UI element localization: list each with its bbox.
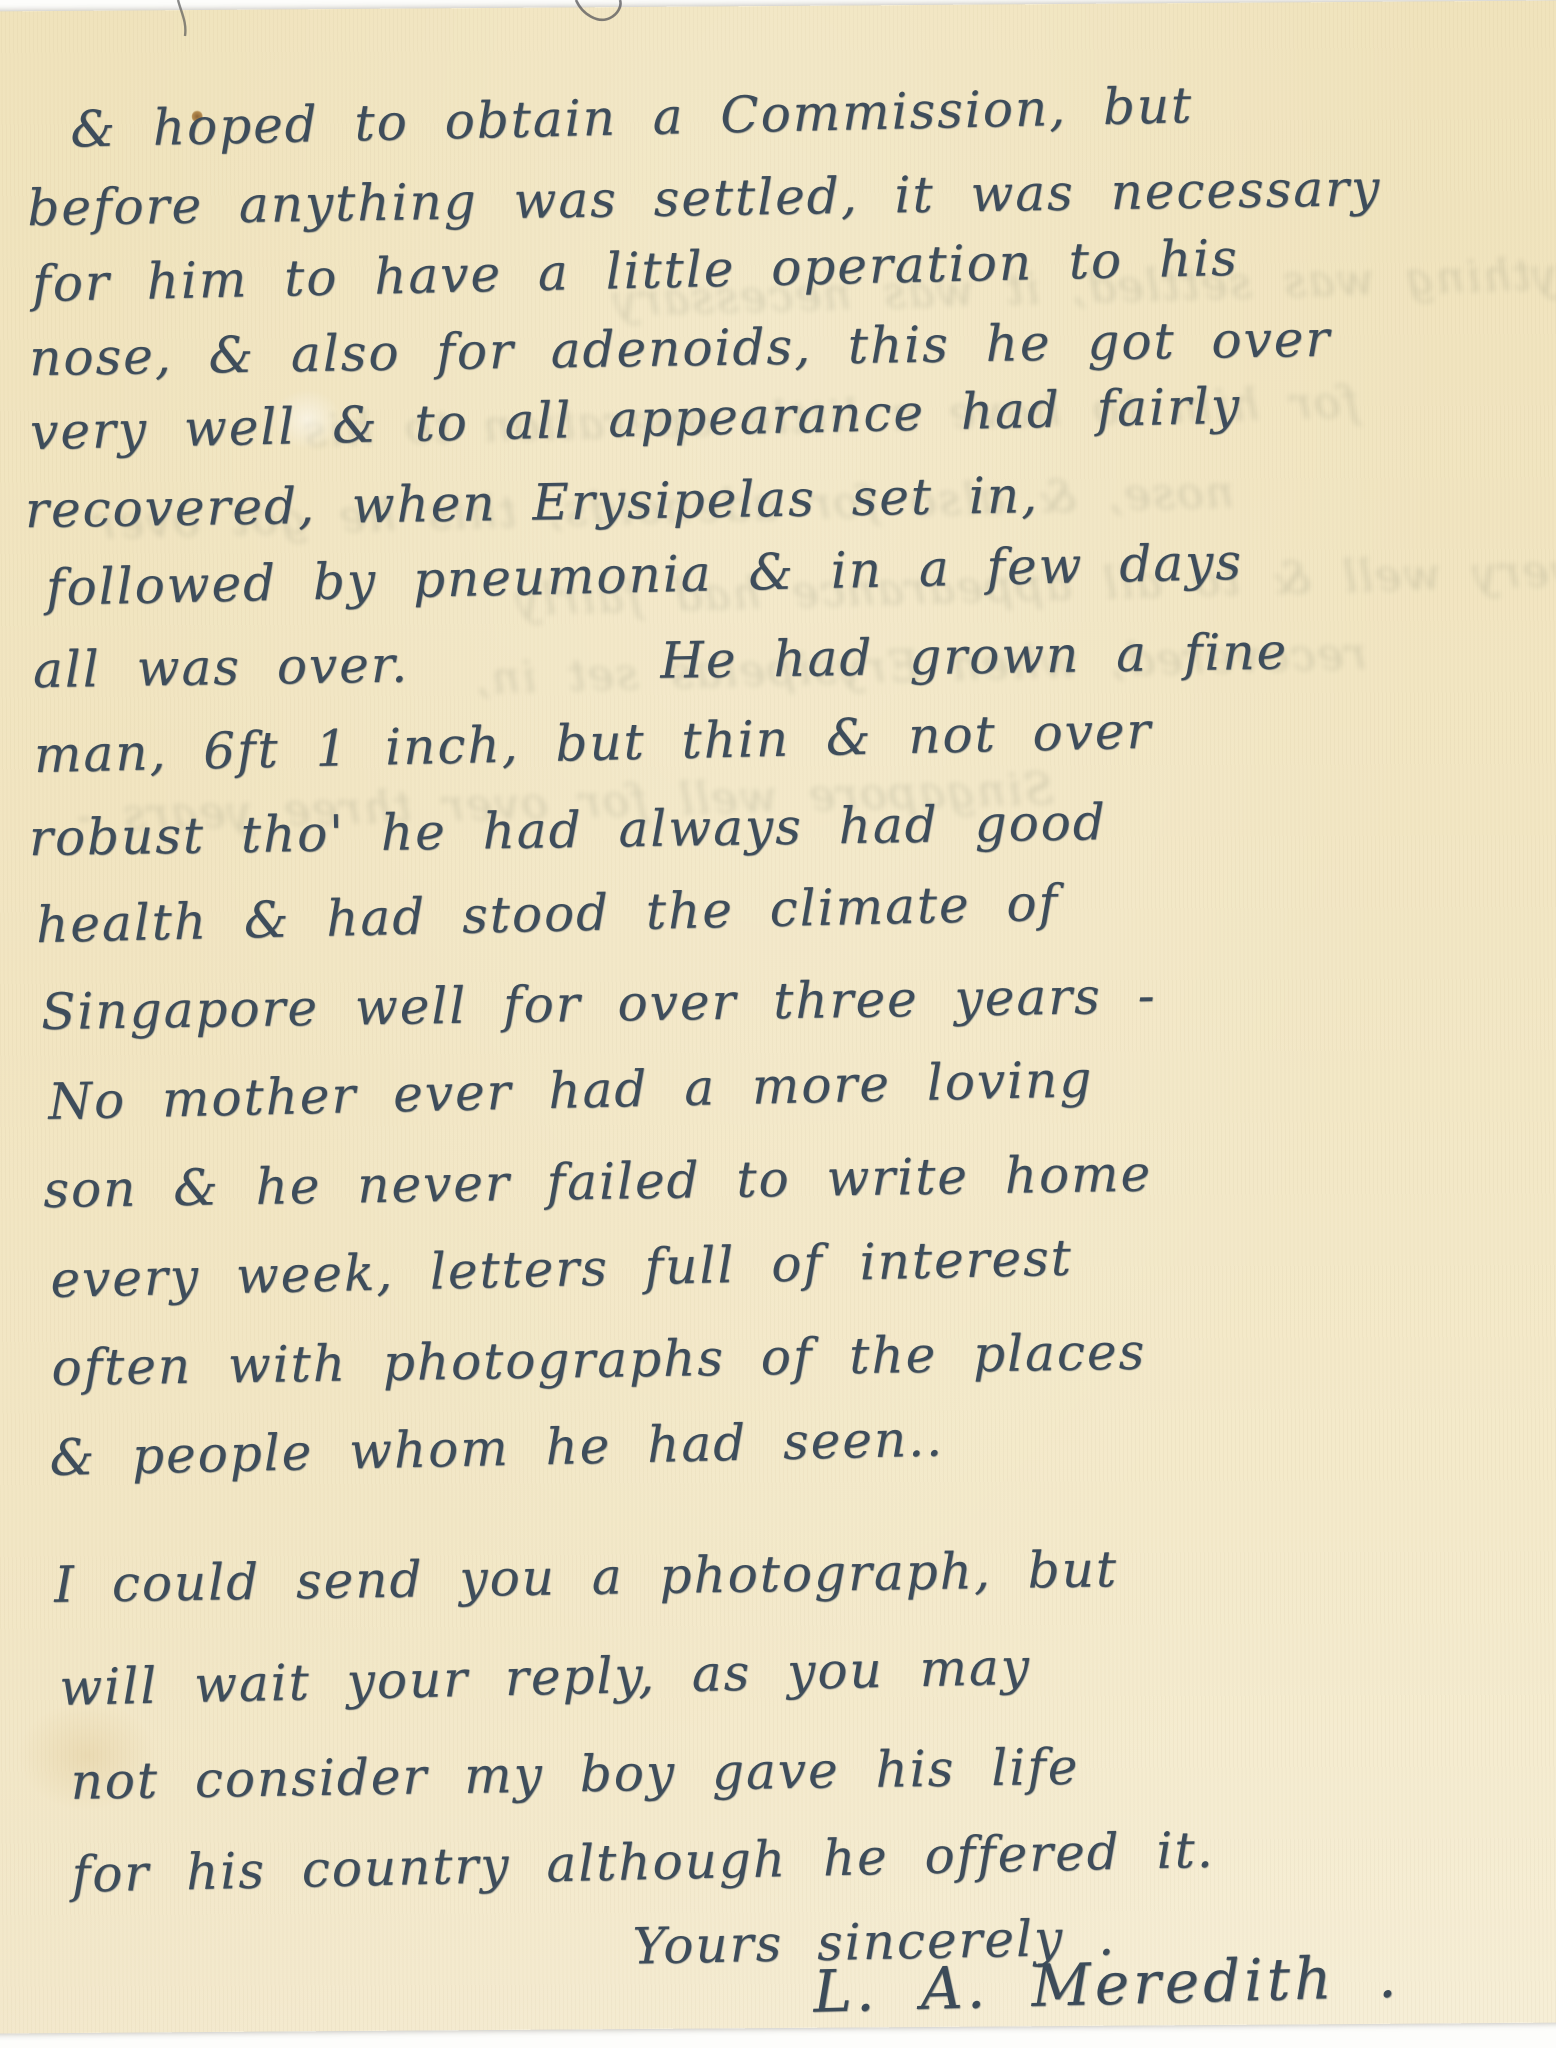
letter-body: for his country although he offered it.n… <box>0 0 1556 2038</box>
letter-line: recovered, when Erysipelas set in, <box>25 466 1040 539</box>
letter-line: I could send you a photograph, but <box>54 1540 1119 1614</box>
letter-line: not consider my boy gave his life <box>70 1738 1080 1811</box>
letter-line: will wait your reply, as you may <box>59 1638 1032 1717</box>
letter-line: & hoped to obtain a Commission, but <box>70 76 1194 158</box>
thread-artifact <box>164 0 204 40</box>
letter-line: Singapore well for over three years - <box>41 966 1157 1041</box>
letter-line: robust tho' he had always had good <box>29 793 1108 867</box>
letter-line: for his country although he offered it. <box>71 1821 1215 1904</box>
letter-line: nose, & also for adenoids, this he got o… <box>29 310 1332 387</box>
letter-line: health & had stood the climate of <box>35 874 1059 954</box>
letter-signature: L. A. Meredith . <box>812 1942 1401 2025</box>
letter-line: No mother ever had a more loving <box>48 1050 1094 1131</box>
letter-line: for him to have a little operation to hi… <box>32 229 1240 313</box>
letter-line: often with photographs of the places <box>51 1323 1146 1397</box>
letter-line: son & he never failed to write home <box>43 1145 1153 1219</box>
letter-line: man, 6ft 1 inch, but thin & not over <box>33 702 1153 784</box>
thread-artifact <box>548 0 638 50</box>
letter-scan: before anything was settled, it was nece… <box>0 0 1556 2048</box>
letter-line: every week, letters full of interest <box>50 1229 1074 1309</box>
letter-line: & people whom he had seen.. <box>49 1409 944 1486</box>
letter-paper: before anything was settled, it was nece… <box>0 0 1556 2033</box>
letter-line: very well & to all appearance had fairly <box>29 377 1241 461</box>
letter-line: all was over. He had grown a fine <box>33 622 1289 699</box>
letter-line: followed by pneumonia & in a few days <box>45 533 1243 617</box>
letter-line: before anything was settled, it was nece… <box>27 159 1382 237</box>
